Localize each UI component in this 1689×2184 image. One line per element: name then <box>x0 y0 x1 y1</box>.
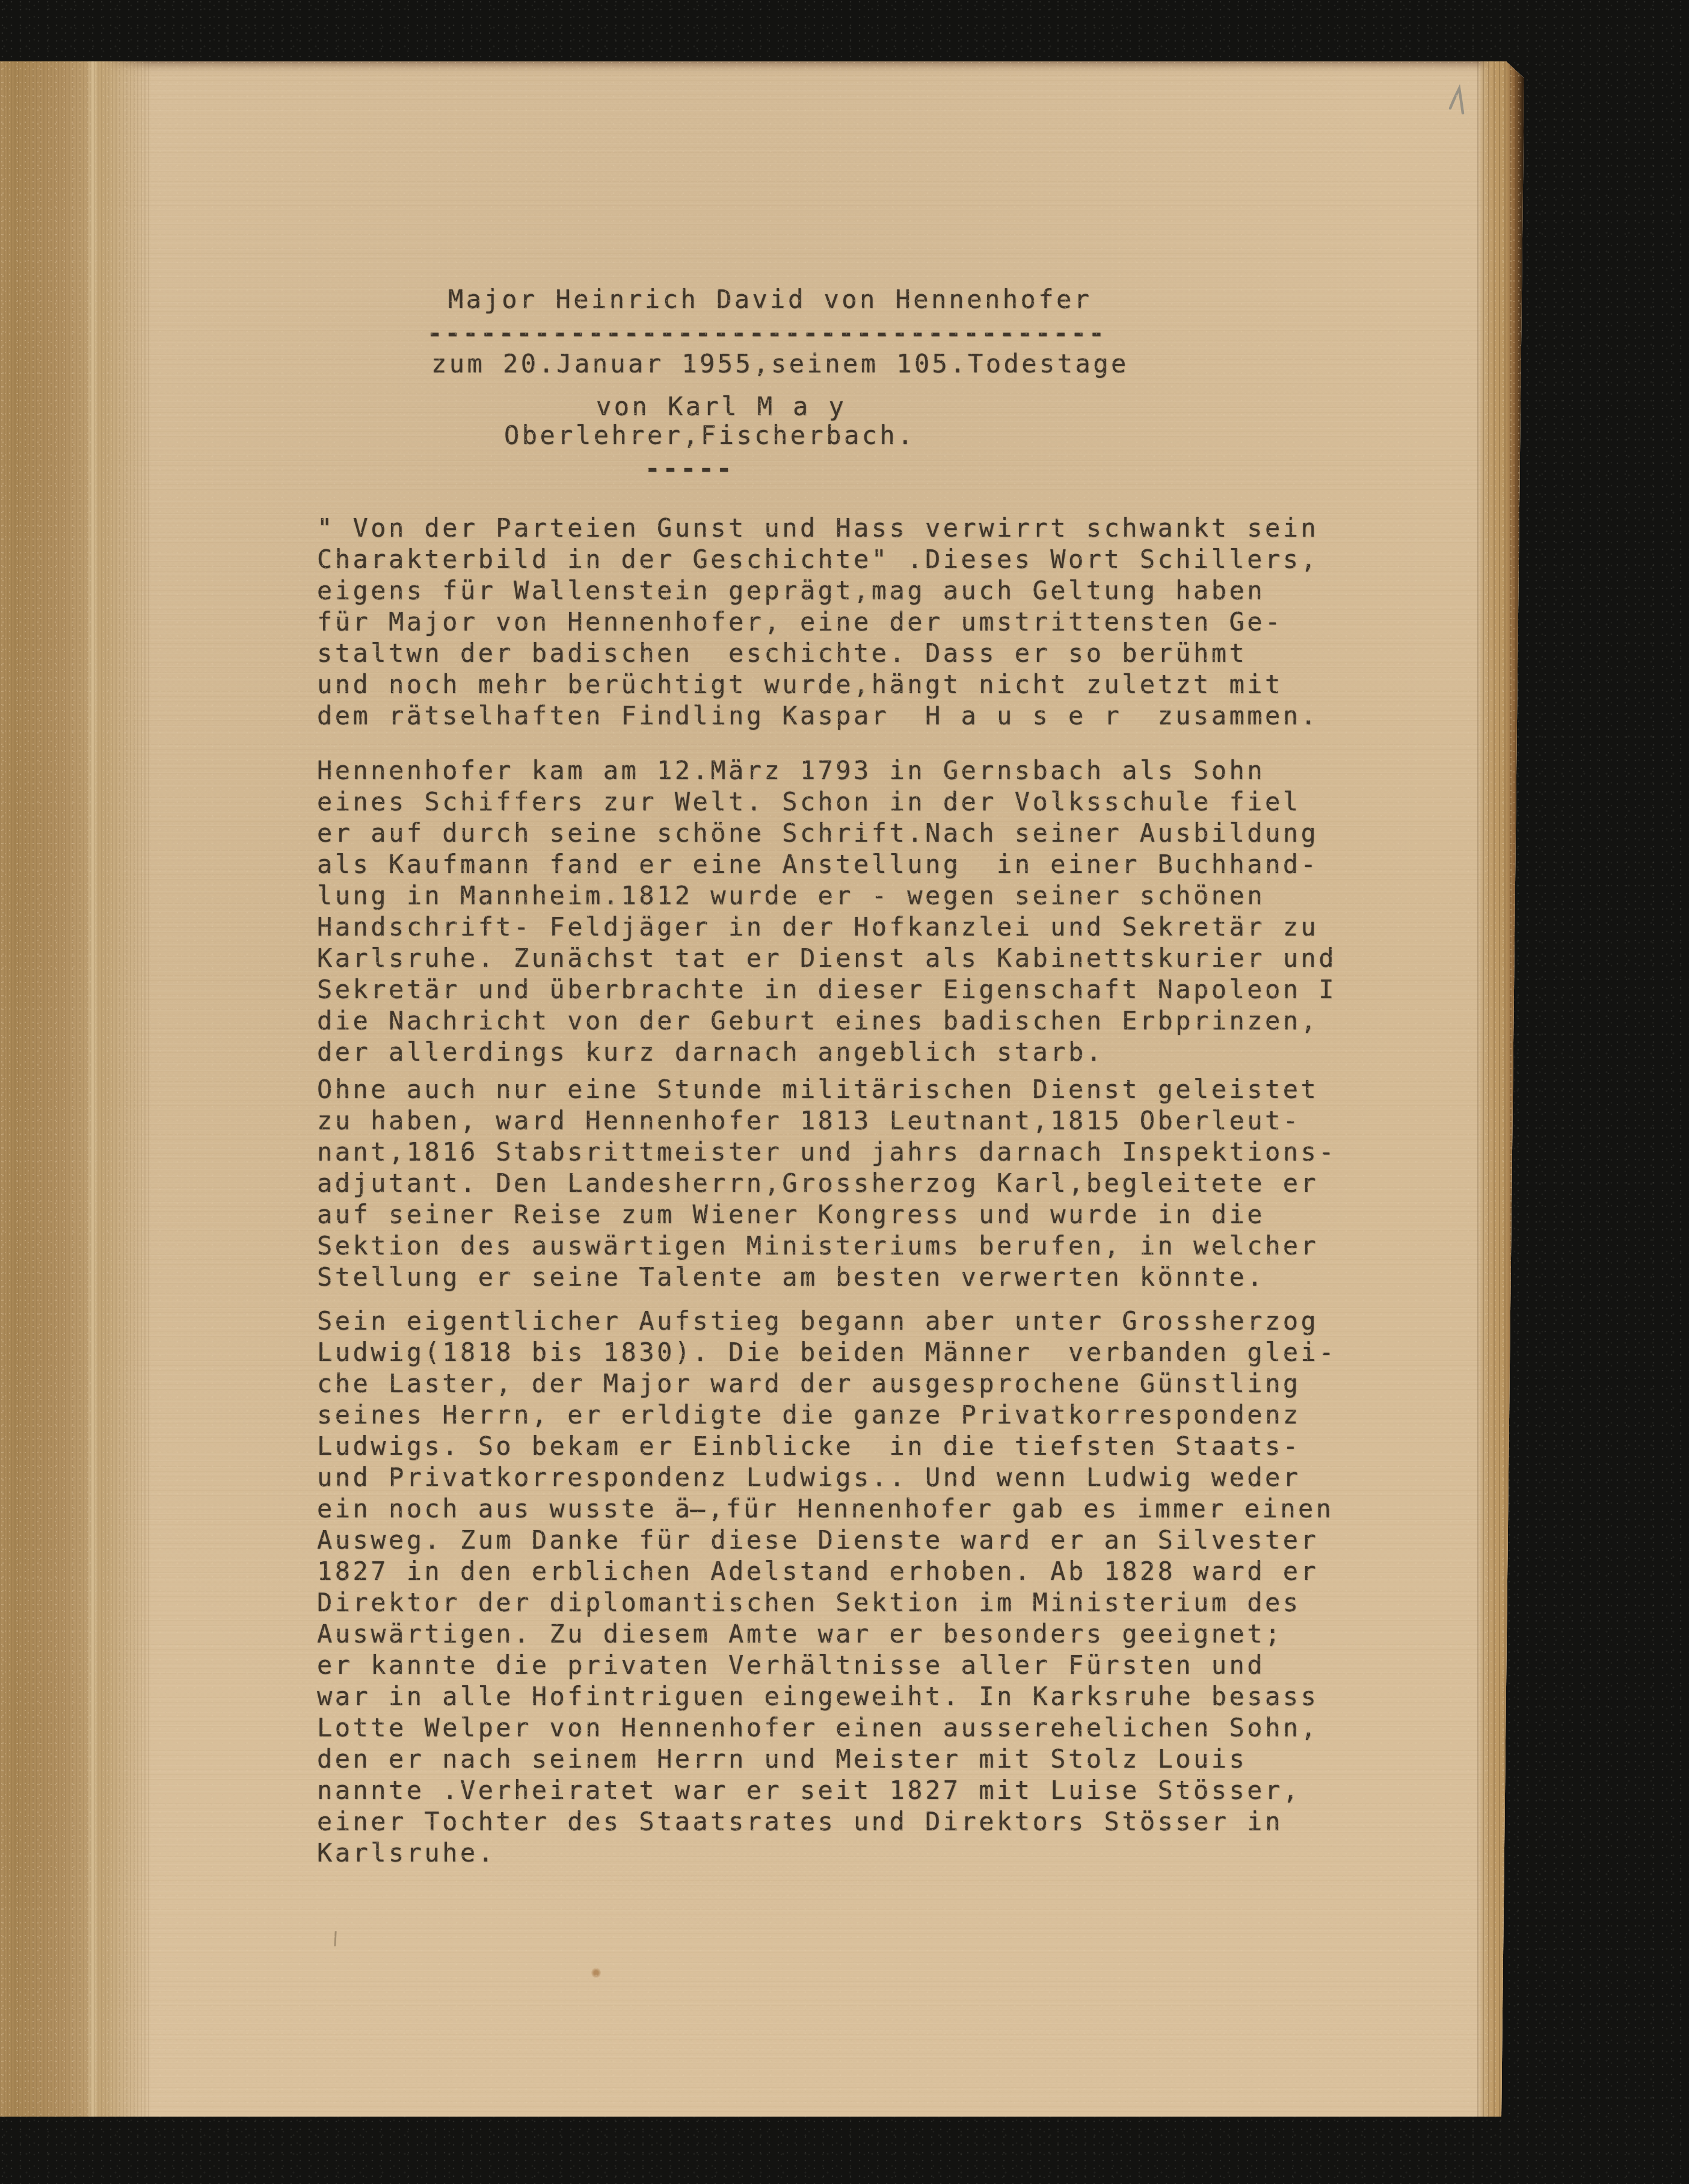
paragraph-grossherzog-ludwig: Sein eigentlicher Aufstieg begann aber u… <box>317 1306 1337 1869</box>
black-backdrop: Major Heinrich David von Hennenhofer ---… <box>0 0 1689 2184</box>
paragraph-military-rise: Ohne auch nur eine Stunde militärischen … <box>317 1074 1337 1293</box>
byline-role: Oberlehrer,Fischerbach. <box>504 420 915 451</box>
paragraph-schiller-quote: " Von der Parteien Gunst und Hass verwir… <box>317 513 1318 732</box>
handwritten-page-number <box>1446 84 1474 123</box>
pencil-one-glyph <box>1446 84 1474 120</box>
scan-viewport: { "scan": { "annotation": { "page_number… <box>0 0 1689 2184</box>
dateline: zum 20.Januar 1955,seinem 105.Todestage <box>431 348 1129 380</box>
document-title: Major Heinrich David von Hennenhofer <box>448 284 1092 315</box>
byline: von Karl M a y <box>596 391 846 422</box>
title-underline-rule: -------------------------------------- <box>427 318 1107 349</box>
paper-fleck <box>591 1967 601 1978</box>
paragraph-birth-career: Hennenhofer kam am 12.März 1793 in Gerns… <box>317 755 1337 1068</box>
stray-ink-tick <box>334 1931 336 1946</box>
document-page: Major Heinrich David von Hennenhofer ---… <box>0 61 1524 2117</box>
header-divider-rule: ----- <box>645 453 734 484</box>
